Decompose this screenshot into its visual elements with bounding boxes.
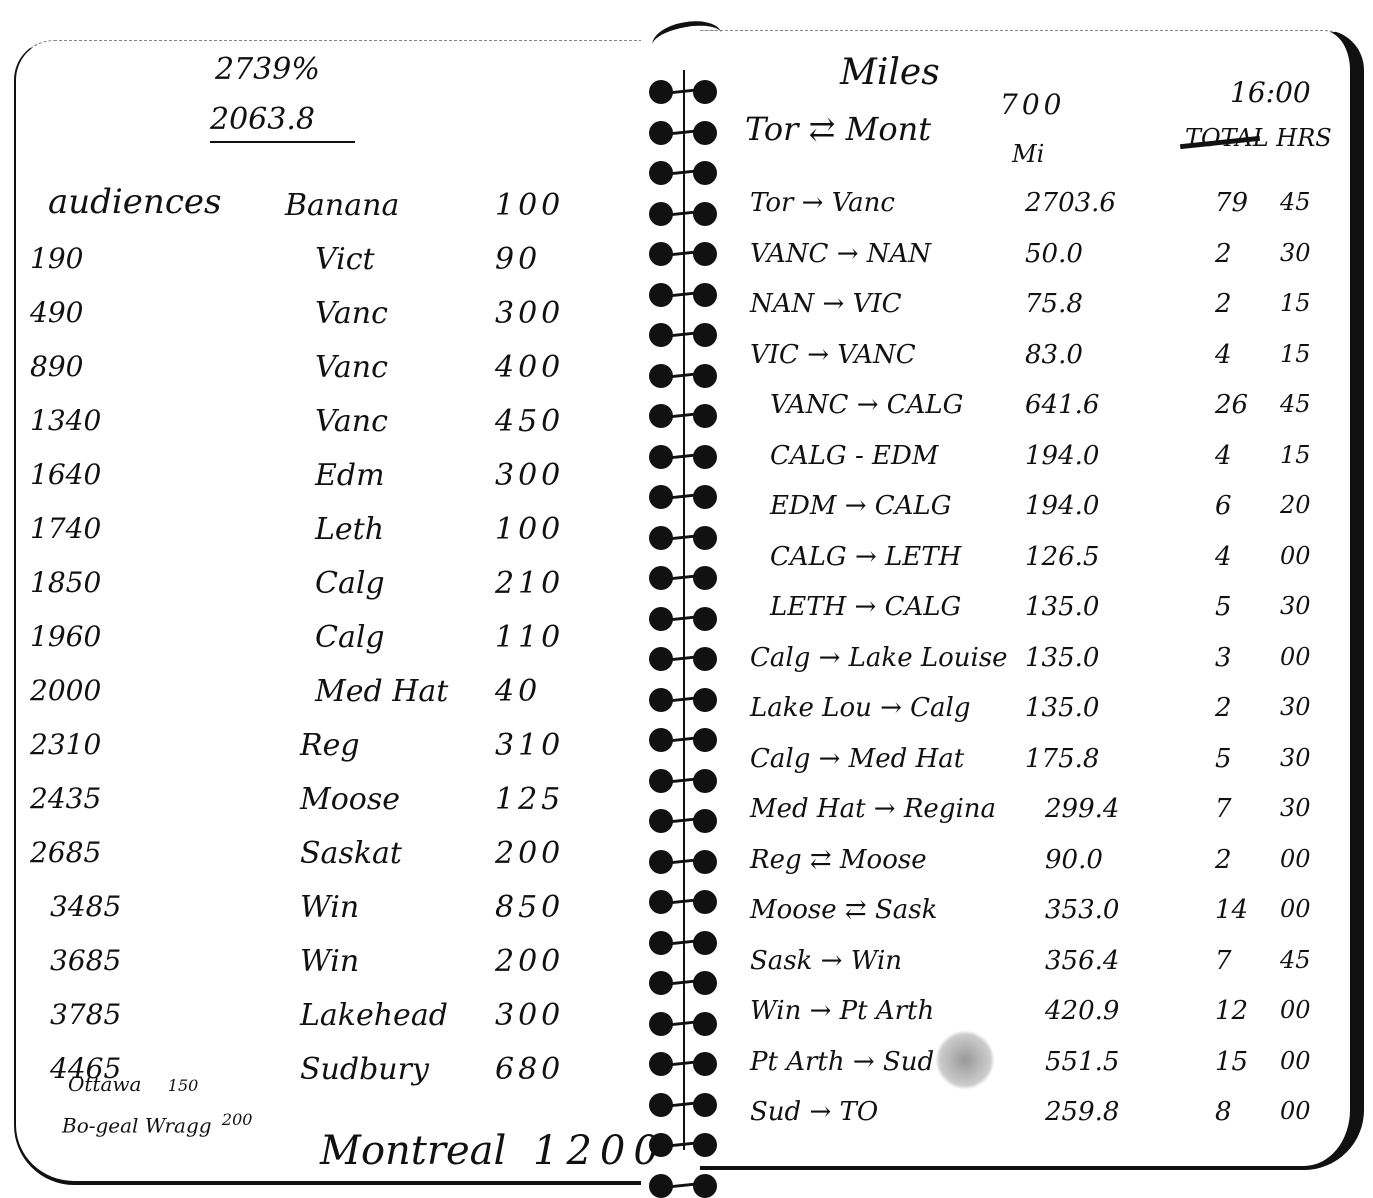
route-minutes: 00 <box>1280 996 1311 1024</box>
cumulative-total: 190 <box>30 242 83 275</box>
city-name: Saskat <box>300 836 402 871</box>
ring-hole <box>693 566 717 590</box>
route-name: Sask → Win <box>750 946 902 976</box>
route-miles: 551.5 <box>1045 1047 1119 1077</box>
route-minutes: 30 <box>1280 592 1311 620</box>
city-name: Win <box>300 944 359 979</box>
route-name: CALG - EDM <box>770 441 938 471</box>
montreal-audience: 1200 <box>533 1128 667 1174</box>
city-name: Win <box>300 890 359 925</box>
route-hours: 4 <box>1215 441 1232 471</box>
route-name: Win → Pt Arth <box>750 996 934 1026</box>
audience-count: 110 <box>495 620 564 655</box>
route-name: Calg → Med Hat <box>750 744 964 774</box>
spiral-ring <box>645 445 725 475</box>
spiral-ring <box>645 566 725 596</box>
spiral-ring <box>645 769 725 799</box>
route-miles: 259.8 <box>1045 1097 1119 1127</box>
route-hours: 5 <box>1215 744 1232 774</box>
spiral-ring <box>645 526 725 556</box>
route-minutes: 00 <box>1280 542 1311 570</box>
audience-count: 850 <box>495 890 564 925</box>
route-hours: 7 <box>1215 946 1232 976</box>
route-hours: 5 <box>1215 592 1232 622</box>
route-hours: 15 <box>1215 1047 1248 1077</box>
city-name: Vanc <box>315 350 388 385</box>
route-hours: 26 <box>1215 390 1248 420</box>
route-minutes: 20 <box>1280 491 1311 519</box>
route-name: VANC → NAN <box>750 239 931 269</box>
first-route-miles: 700 <box>1000 88 1065 121</box>
route-miles: 175.8 <box>1025 744 1099 774</box>
city-name: Vanc <box>315 296 388 331</box>
route-name: LETH → CALG <box>770 592 961 622</box>
city-name: Moose <box>300 782 400 817</box>
route-minutes: 00 <box>1280 1097 1311 1125</box>
route-miles: 2703.6 <box>1025 188 1116 218</box>
route-miles: 299.4 <box>1045 794 1119 824</box>
spiral-ring <box>645 1012 725 1042</box>
spiral-ring <box>645 850 725 880</box>
city-name: Calg <box>315 620 385 655</box>
extra-label: Bo-geal Wragg <box>62 1114 212 1138</box>
route-miles: 83.0 <box>1025 340 1083 370</box>
montreal-entry: Montreal 1200 <box>320 1128 667 1174</box>
route-minutes: 30 <box>1280 239 1311 267</box>
route-minutes: 45 <box>1280 946 1311 974</box>
route-name: VIC → VANC <box>750 340 916 370</box>
route-minutes: 15 <box>1280 441 1311 469</box>
extra-entry-wragg: Bo-geal Wragg 200 <box>62 1110 252 1138</box>
ring-hole <box>693 890 717 914</box>
ring-hole <box>693 121 717 145</box>
ring-hole <box>693 688 717 712</box>
ring-hole <box>693 202 717 226</box>
audience-count: 40 <box>495 674 541 709</box>
miles-title: Miles <box>840 52 940 93</box>
route-miles: 353.0 <box>1045 895 1119 925</box>
route-minutes: 30 <box>1280 693 1311 721</box>
spiral-ring <box>645 242 725 272</box>
route-name: EDM → CALG <box>770 491 951 521</box>
route-minutes: 30 <box>1280 794 1311 822</box>
ring-hole <box>693 323 717 347</box>
city-name: Calg <box>315 566 385 601</box>
route-hours: 14 <box>1215 895 1248 925</box>
route-name: Tor → Vanc <box>750 188 895 218</box>
audience-count: 100 <box>495 512 564 547</box>
spiral-ring <box>645 1174 725 1198</box>
route-name: Reg ⇄ Moose <box>750 845 927 875</box>
route-minutes: 15 <box>1280 340 1311 368</box>
city-name: Vanc <box>315 404 388 439</box>
cumulative-total: 2000 <box>30 674 101 707</box>
route-miles: 641.6 <box>1025 390 1099 420</box>
route-hours: 2 <box>1215 289 1232 319</box>
spiral-ring <box>645 688 725 718</box>
cumulative-total: 2310 <box>30 728 101 761</box>
route-minutes: 45 <box>1280 188 1311 216</box>
ring-hole <box>693 607 717 631</box>
route-name: VANC → CALG <box>770 390 963 420</box>
ring-hole <box>693 242 717 266</box>
ring-hole <box>693 283 717 307</box>
route-miles: 194.0 <box>1025 491 1099 521</box>
route-hours: 8 <box>1215 1097 1232 1127</box>
route-hours: 7 <box>1215 794 1232 824</box>
route-miles: 420.9 <box>1045 996 1119 1026</box>
spiral-binding <box>645 40 725 1170</box>
spiral-ring <box>645 161 725 191</box>
cumulative-total: 1340 <box>30 404 101 437</box>
route-hours: 2 <box>1215 239 1232 269</box>
city-name: Banana <box>285 188 399 223</box>
extra-value: 150 <box>168 1076 199 1095</box>
audience-count: 400 <box>495 350 564 385</box>
spiral-ring <box>645 485 725 515</box>
first-route: Tor ⇄ Mont <box>745 110 931 148</box>
ring-hole <box>693 80 717 104</box>
route-name: Moose ⇄ Sask <box>750 895 937 925</box>
route-name: Sud → TO <box>750 1097 878 1127</box>
city-name: Edm <box>315 458 385 493</box>
route-miles: 356.4 <box>1045 946 1119 976</box>
time-top: 16:00 <box>1230 76 1311 109</box>
ring-hole <box>693 445 717 469</box>
cumulative-total: 3485 <box>50 890 121 923</box>
route-miles: 90.0 <box>1045 845 1103 875</box>
miles-unit: Mi <box>1012 140 1044 168</box>
route-miles: 135.0 <box>1025 643 1099 673</box>
ring-hole <box>693 1093 717 1117</box>
route-hours: 4 <box>1215 340 1232 370</box>
cumulative-total: 1850 <box>30 566 101 599</box>
audience-count: 680 <box>495 1052 564 1087</box>
ring-hole <box>693 485 717 509</box>
spiral-ring <box>645 728 725 758</box>
extra-label: Ottawa <box>68 1072 141 1096</box>
spiral-ring <box>645 1052 725 1082</box>
route-name: NAN → VIC <box>750 289 902 319</box>
cumulative-total: 490 <box>30 296 83 329</box>
route-name: CALG → LETH <box>770 542 961 572</box>
audience-count: 200 <box>495 836 564 871</box>
spiral-ring <box>645 607 725 637</box>
cumulative-total: 3785 <box>50 998 121 1031</box>
ring-hole <box>693 364 717 388</box>
ring-hole <box>693 769 717 793</box>
audience-count: 210 <box>495 566 564 601</box>
spiral-ring <box>645 121 725 151</box>
route-minutes: 45 <box>1280 390 1311 418</box>
route-name: Lake Lou → Calg <box>750 693 971 723</box>
ring-hole <box>693 161 717 185</box>
ring-hole <box>693 1012 717 1036</box>
route-minutes: 30 <box>1280 744 1311 772</box>
route-miles: 135.0 <box>1025 693 1099 723</box>
spiral-ring <box>645 971 725 1001</box>
route-miles: 126.5 <box>1025 542 1099 572</box>
route-miles: 50.0 <box>1025 239 1083 269</box>
ring-hole <box>693 971 717 995</box>
spiral-ring <box>645 80 725 110</box>
cumulative-total: 2685 <box>30 836 101 869</box>
city-name: Leth <box>315 512 384 547</box>
route-hours: 3 <box>1215 643 1232 673</box>
extra-entry-ottawa: Ottawa 150 <box>68 1072 198 1096</box>
spiral-ring <box>645 931 725 961</box>
header-bottom-figure: 2063.8 <box>210 102 355 143</box>
cumulative-total: 1640 <box>30 458 101 491</box>
ring-hole <box>693 809 717 833</box>
city-name: Med Hat <box>315 674 448 709</box>
route-name: Calg → Lake Louise <box>750 643 1008 673</box>
ring-hole <box>693 931 717 955</box>
ring-hole <box>693 1052 717 1076</box>
cumulative-total: 2435 <box>30 782 101 815</box>
spiral-ring <box>645 647 725 677</box>
ink-smudge <box>935 1030 995 1090</box>
route-hours: 12 <box>1215 996 1248 1026</box>
audience-count: 90 <box>495 242 541 277</box>
route-hours: 2 <box>1215 845 1232 875</box>
audience-count: 300 <box>495 998 564 1033</box>
spiral-ring <box>645 364 725 394</box>
ring-hole <box>693 728 717 752</box>
ring-hole <box>693 404 717 428</box>
route-minutes: 00 <box>1280 895 1311 923</box>
header-top-figure: 2739% <box>215 52 320 87</box>
route-hours: 4 <box>1215 542 1232 572</box>
audience-count: 100 <box>495 188 564 223</box>
ring-hole <box>693 647 717 671</box>
cumulative-total: 1960 <box>30 620 101 653</box>
cumulative-total: 890 <box>30 350 83 383</box>
route-minutes: 00 <box>1280 643 1311 671</box>
audience-count: 300 <box>495 458 564 493</box>
spiral-ring <box>645 202 725 232</box>
extra-value: 200 <box>222 1110 253 1129</box>
route-name: Med Hat → Regina <box>750 794 996 824</box>
spiral-ring <box>645 323 725 353</box>
route-miles: 194.0 <box>1025 441 1099 471</box>
cumulative-total: 1740 <box>30 512 101 545</box>
city-name: Lakehead <box>300 998 448 1033</box>
spiral-ring <box>645 890 725 920</box>
city-name: Vict <box>315 242 375 277</box>
audience-count: 200 <box>495 944 564 979</box>
audience-count: 310 <box>495 728 564 763</box>
route-minutes: 15 <box>1280 289 1311 317</box>
audience-count: 125 <box>495 782 564 817</box>
route-hours: 6 <box>1215 491 1232 521</box>
ring-hole <box>693 1174 717 1198</box>
spiral-ring <box>645 283 725 313</box>
ring-hole <box>693 850 717 874</box>
audience-count: 450 <box>495 404 564 439</box>
route-miles: 75.8 <box>1025 289 1083 319</box>
city-name: Reg <box>300 728 360 763</box>
route-hours: 2 <box>1215 693 1232 723</box>
spiral-ring <box>645 1093 725 1123</box>
ring-hole <box>693 526 717 550</box>
montreal-city: Montreal <box>320 1128 506 1174</box>
route-miles: 135.0 <box>1025 592 1099 622</box>
route-name: Pt Arth → Sud <box>750 1047 934 1077</box>
spiral-ring <box>645 809 725 839</box>
route-minutes: 00 <box>1280 845 1311 873</box>
audiences-label: audiences <box>48 182 221 222</box>
cumulative-total: 3685 <box>50 944 121 977</box>
ring-hole <box>693 1133 717 1157</box>
route-minutes: 00 <box>1280 1047 1311 1075</box>
audience-count: 300 <box>495 296 564 331</box>
route-hours: 79 <box>1215 188 1248 218</box>
city-name: Sudbury <box>300 1052 429 1087</box>
spiral-ring <box>645 404 725 434</box>
